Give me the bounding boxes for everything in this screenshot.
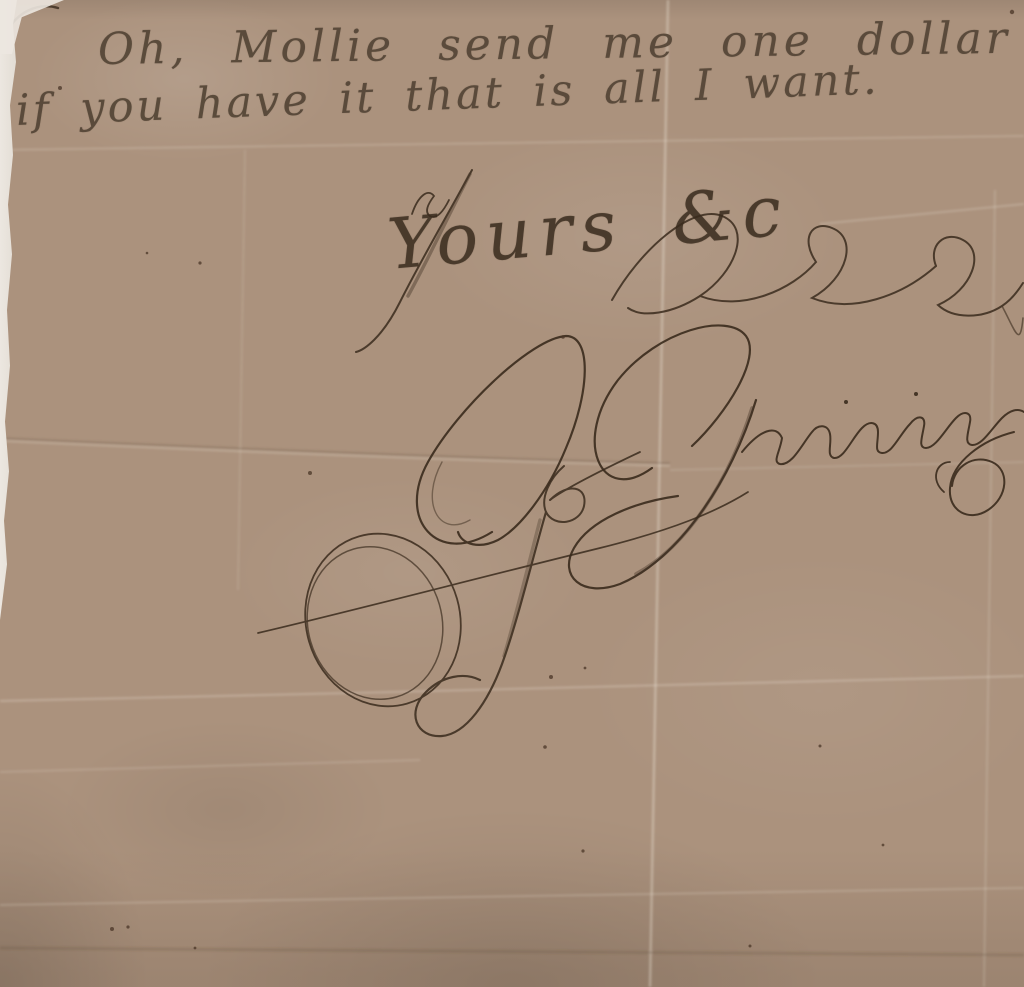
ink-layer bbox=[0, 0, 1024, 987]
paper-specks bbox=[58, 10, 1014, 950]
grand-flourish bbox=[258, 452, 748, 736]
signature-flourish bbox=[417, 325, 1024, 588]
closing-flourish bbox=[356, 170, 1023, 352]
letter-photograph: Oh, Mollie send me one dollar if you hav… bbox=[0, 0, 1024, 987]
